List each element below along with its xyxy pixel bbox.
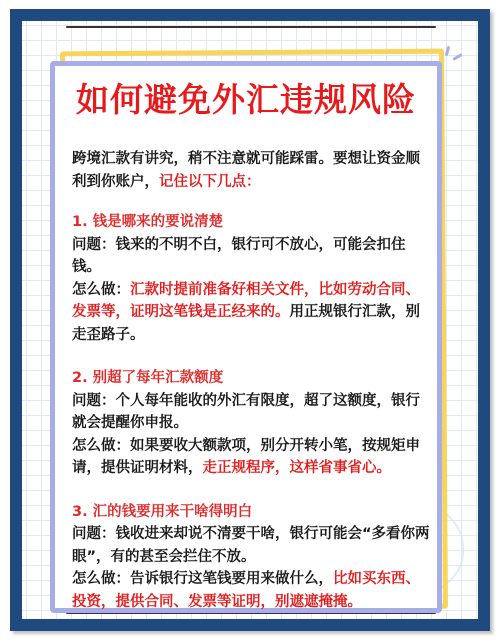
action-line: 怎么做：告诉银行这笔钱要用来做什么，比如买东西、投资，提供合同、发票等证明，别遮… [72, 568, 432, 613]
intro-paragraph: 跨境汇款有讲究，稍不注意就可能踩雷。要想让资金顺利到你账户，记住以下几点： [72, 148, 432, 193]
section-heading: 3. 汇的钱要用来干啥得明白 [72, 501, 432, 524]
section-heading: 1. 钱是哪来的要说清楚 [72, 211, 432, 234]
article-body: 跨境汇款有讲究，稍不注意就可能踩雷。要想让资金顺利到你账户，记住以下几点： 1.… [72, 148, 432, 634]
page-title: 如何避免外汇违规风险 [50, 78, 442, 122]
problem-line: 问题：个人每年能收的外汇有限度，超了这额度，银行就会提醒你申报。 [72, 390, 432, 435]
problem-text: 钱来的不明不白，银行可不放心，可能会扣住钱。 [72, 237, 406, 276]
intro-highlight: 记住以下几点： [159, 174, 261, 190]
action-highlight: 走正规程序，这样省事省心。 [203, 460, 392, 476]
section-1: 1. 钱是哪来的要说清楚 问题：钱来的不明不白，银行可不放心，可能会扣住钱。 怎… [72, 211, 432, 346]
problem-label: 问题： [72, 393, 116, 409]
section-heading: 2. 别超了每年汇款额度 [72, 367, 432, 390]
binder-line-top [66, 26, 436, 28]
problem-text: 个人每年能收的外汇有限度，超了这额度，银行就会提醒你申报。 [72, 393, 420, 432]
action-label: 怎么做： [72, 438, 130, 454]
section-2: 2. 别超了每年汇款额度 问题：个人每年能收的外汇有限度，超了这额度，银行就会提… [72, 367, 432, 480]
problem-label: 问题： [72, 237, 116, 253]
action-text: 告诉银行这笔钱要用来做什么， [130, 571, 333, 587]
action-line: 怎么做：如果要收大额款项，别分开转小笔，按规矩申请，提供证明材料，走正规程序，这… [72, 435, 432, 480]
action-label: 怎么做： [72, 571, 130, 587]
section-3: 3. 汇的钱要用来干啥得明白 问题：钱收进来却说不清要干啥，银行可能会“多看你两… [72, 501, 432, 614]
problem-label: 问题： [72, 526, 116, 542]
problem-line: 问题：钱收进来却说不清要干啥，银行可能会“多看你两眼”，有的甚至会拦住不放。 [72, 523, 432, 568]
problem-line: 问题：钱来的不明不白，银行可不放心，可能会扣住钱。 [72, 234, 432, 279]
action-label: 怎么做： [72, 282, 130, 298]
action-line: 怎么做：汇款时提前准备好相关文件，比如劳动合同、发票等，证明这笔钱是正经来的。用… [72, 279, 432, 347]
problem-text: 钱收进来却说不清要干啥，银行可能会“多看你两眼”，有的甚至会拦住不放。 [72, 526, 430, 565]
